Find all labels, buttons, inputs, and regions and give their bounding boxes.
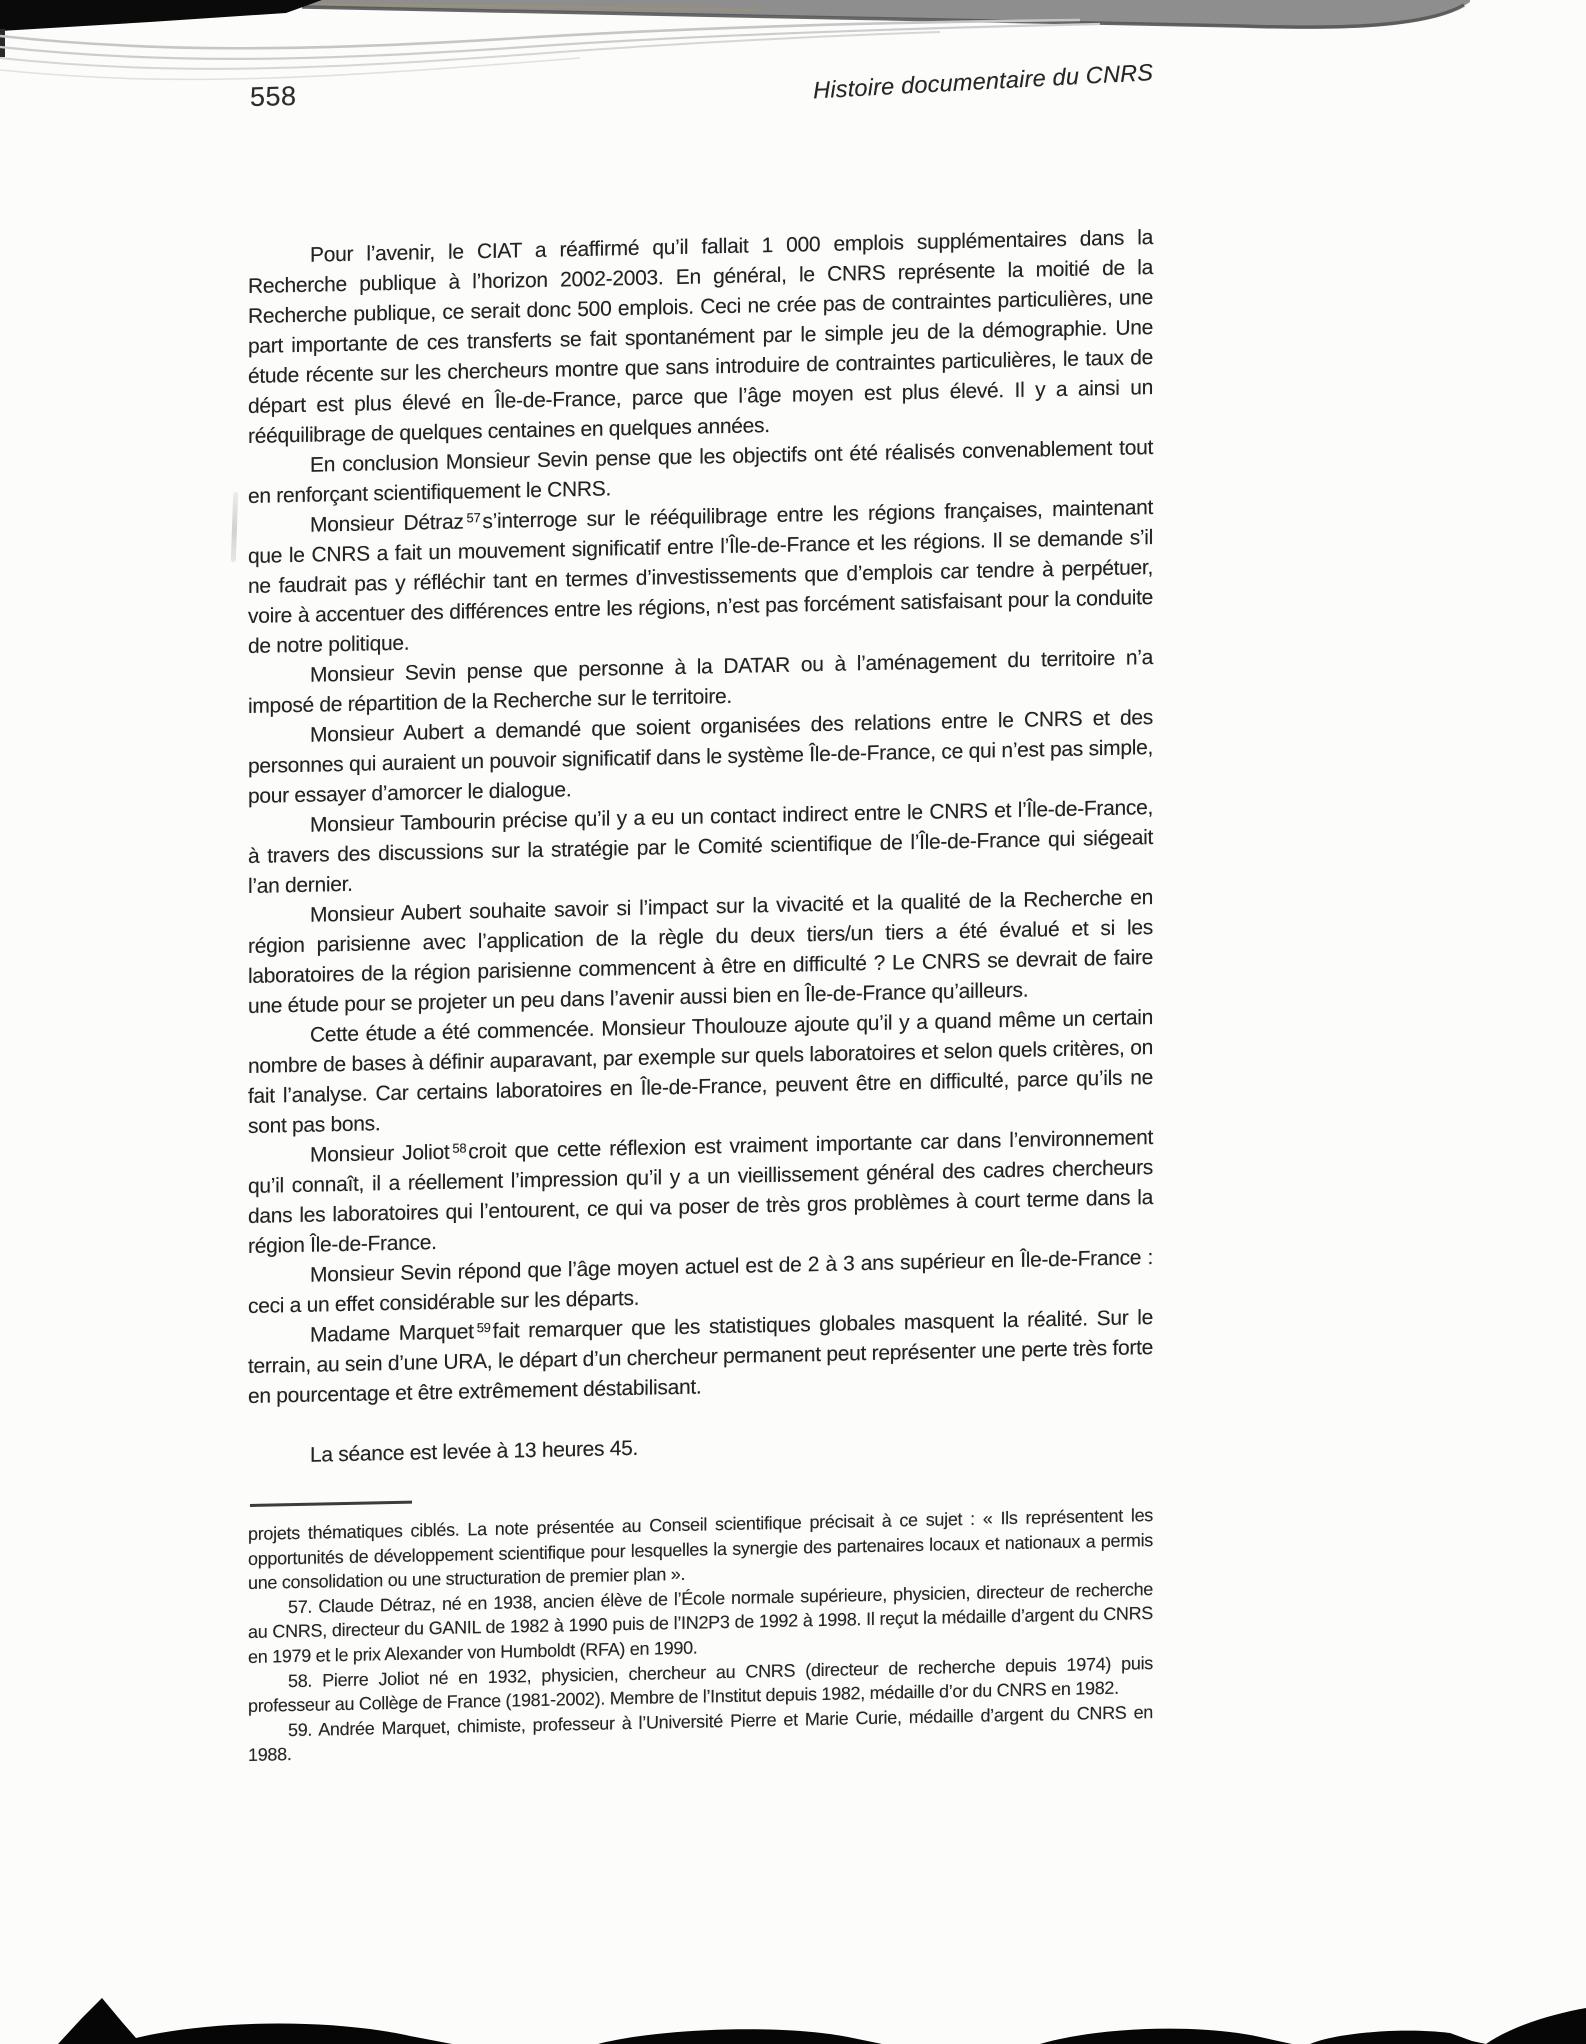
footnote-ref-59: 59 (477, 1320, 491, 1335)
footnote-ref-58: 58 (452, 1140, 466, 1155)
paragraph: Monsieur Joliot58croit que cette réflexi… (248, 1123, 1153, 1262)
speaker-name: Monsieur Détraz (310, 510, 464, 536)
paragraph: Madame Marquet59fait remarquer que les s… (248, 1303, 1153, 1412)
footnotes-section: projets thématiques ciblés. La note prés… (248, 1503, 1153, 1768)
page-content: 558 Histoire documentaire du CNRS Pour l… (248, 59, 1153, 1768)
running-title: Histoire documentaire du CNRS (813, 59, 1154, 104)
paragraph: Monsieur Aubert souhaite savoir si l’imp… (248, 883, 1153, 1022)
scanner-bed-black (0, 1998, 1586, 2044)
paragraph: Cette étude a été commencée. Monsieur Th… (248, 1003, 1153, 1142)
footnote-ref-57: 57 (467, 510, 481, 525)
gutter-shadow (231, 492, 238, 562)
paragraph: Monsieur Détraz57s’interroge sur le rééq… (248, 493, 1153, 662)
closing-line: La séance est levée à 13 heures 45. (248, 1423, 1153, 1472)
page-number: 558 (250, 81, 297, 113)
scanned-book-page: 558 Histoire documentaire du CNRS Pour l… (0, 0, 1586, 2044)
speaker-name: Monsieur Joliot (310, 1141, 449, 1167)
body-text: Pour l’avenir, le CIAT a réaffirmé qu’il… (248, 223, 1153, 1472)
footnote-separator-rule (250, 1501, 412, 1507)
left-edge-sliver (0, 29, 5, 57)
page-stack-line (0, 20, 1080, 48)
paragraph: Pour l’avenir, le CIAT a réaffirmé qu’il… (248, 223, 1153, 452)
bottom-scan-artifact (0, 1964, 1586, 2044)
black-corner-wedge (0, 0, 322, 31)
speaker-name: Madame Marquet (310, 1320, 474, 1346)
